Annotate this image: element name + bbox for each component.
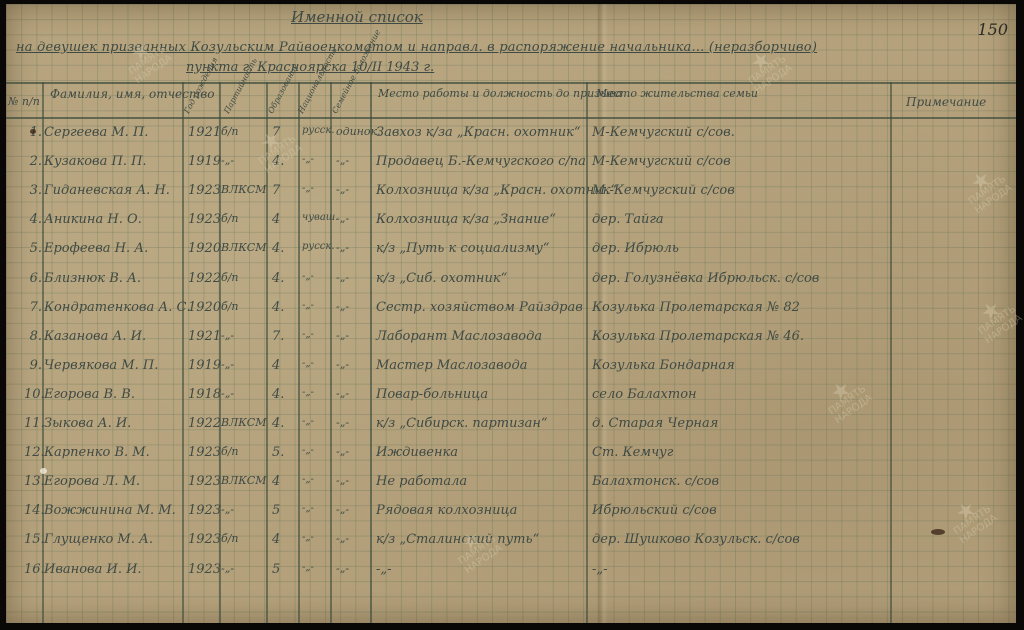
cell-home: д. Старая Черная [592, 416, 718, 431]
cell-name: Аникина Н. О. [44, 212, 142, 227]
cell-edu: 4 [272, 532, 280, 547]
cell-ditto: -„- [336, 387, 349, 400]
cell-num: 9. [24, 358, 42, 373]
cell-num: 5. [24, 241, 42, 256]
cell-num: 12. [24, 445, 42, 460]
cell-name: Близнюк В. А. [44, 271, 141, 286]
cell-nat: русск. [302, 241, 335, 252]
cell-year: 1923 [188, 474, 221, 489]
cell-ditto: -„- [336, 329, 349, 342]
cell-ditto: -„- [336, 154, 349, 167]
table-row: 4.Аникина Н. О.1923б/п4чуваш.-„-Колхозни… [6, 208, 1016, 237]
cell-ditto: -„- [336, 562, 349, 575]
table-row: 8.Казанова А. И.1921-„-7.-„--„-Лаборант … [6, 325, 1016, 354]
cell-year: 1922 [188, 416, 221, 431]
cell-home: Ст. Кемчуг [592, 445, 673, 460]
ink-spot [30, 129, 36, 134]
cell-work: Повар-больница [376, 387, 488, 402]
cell-year: 1923 [188, 532, 221, 547]
header-bottom-rule [6, 117, 1016, 119]
page-number: 150 [977, 20, 1008, 39]
table-row: 7.Кондратенкова А. С.1920б/п4.-„--„-Сест… [6, 296, 1016, 325]
archive-document-sheet: Именной список 150 на девушек призванных… [6, 4, 1016, 623]
cell-party: б/п [221, 271, 239, 284]
cell-party: -„- [221, 503, 234, 516]
document-title: Именной список [291, 8, 423, 26]
cell-ditto: -„- [336, 241, 349, 254]
cell-home: Козулька Бондарная [592, 358, 735, 373]
table-row: 16.Иванова И. И.1923-„-5-„--„--„--„- [6, 558, 1016, 587]
cell-year: 1922 [188, 271, 221, 286]
cell-work: Мастер Маслозавода [376, 358, 528, 373]
cell-ditto: одинок. [336, 125, 381, 138]
cell-num: 13. [24, 474, 42, 489]
cell-num: 7. [24, 300, 42, 315]
cell-edu: 7 [272, 183, 280, 198]
table-row: 13.Егорова Л. М.1923ВЛКСМ4-„--„-Не работ… [6, 470, 1016, 499]
cell-work: Не работала [376, 474, 467, 489]
cell-name: Егорова Л. М. [44, 474, 140, 489]
cell-nat: -„- [302, 300, 314, 311]
cell-ditto: -„- [336, 445, 349, 458]
cell-ditto: -„- [336, 416, 349, 429]
cell-nat: -„- [302, 562, 314, 573]
table-top-rule [6, 82, 1016, 84]
cell-edu: 4 [272, 358, 280, 373]
header-num: № п/п [8, 96, 40, 108]
cell-home: Козулька Пролетарская № 82 [592, 300, 800, 315]
table-row: 3.Гиданевская А. Н.1923ВЛКСМ7-„--„-Колхо… [6, 179, 1016, 208]
table-row: 12.Карпенко В. М.1923б/п5.-„--„-Иждивенк… [6, 441, 1016, 470]
cell-work: к/з „Путь к социализму“ [376, 241, 549, 256]
cell-work: Иждивенка [376, 445, 458, 460]
header-home: Место жительства семьи [596, 88, 776, 100]
cell-num: 11. [24, 416, 42, 431]
cell-nat: -„- [302, 474, 314, 485]
cell-party: б/п [221, 445, 239, 458]
paper-damage [40, 468, 47, 474]
cell-num: 8. [24, 329, 42, 344]
cell-num: 16. [24, 562, 42, 577]
cell-home: Ибрюльский с/сов [592, 503, 717, 518]
cell-work: Сестр. хозяйством Райздрав [376, 300, 583, 315]
cell-nat: -„- [302, 503, 314, 514]
cell-party: ВЛКСМ [221, 474, 266, 487]
cell-nat: -„- [302, 387, 314, 398]
cell-edu: 4. [272, 241, 284, 256]
cell-ditto: -„- [336, 300, 349, 313]
table-row: 9.Червякова М. П.1919-„-4-„--„-Мастер Ма… [6, 354, 1016, 383]
cell-work: Рядовая колхозница [376, 503, 517, 518]
cell-edu: 4 [272, 474, 280, 489]
cell-num: 3. [24, 183, 42, 198]
cell-name: Казанова А. И. [44, 329, 146, 344]
cell-nat: -„- [302, 183, 314, 194]
cell-name: Червякова М. П. [44, 358, 158, 373]
cell-work: Колхозница к/за „Красн. охотник“ [376, 183, 617, 198]
cell-home: село Балахтон [592, 387, 697, 402]
cell-home: дер. Шушково Козульск. с/сов [592, 532, 800, 547]
table-row: 5.Ерофеева Н. А.1920ВЛКСМ4.русск.-„-к/з … [6, 237, 1016, 266]
cell-year: 1923 [188, 212, 221, 227]
cell-ditto: -„- [336, 532, 349, 545]
cell-party: -„- [221, 358, 234, 371]
cell-party: б/п [221, 212, 239, 225]
cell-edu: 5 [272, 562, 280, 577]
cell-nat: -„- [302, 271, 314, 282]
cell-num: 10. [24, 387, 42, 402]
header-work: Место работы и должность до призыва [378, 88, 583, 100]
table-row: 1.Сергеева М. П.1921б/п7русск.одинок.Зав… [6, 121, 1016, 150]
cell-home: дер. Голузнёвка Ибрюльск. с/сов [592, 271, 819, 286]
cell-year: 1923 [188, 562, 221, 577]
cell-edu: 4. [272, 271, 284, 286]
cell-ditto: -„- [336, 503, 349, 516]
cell-nat: русск. [302, 125, 335, 136]
cell-party: -„- [221, 154, 234, 167]
cell-party: -„- [221, 562, 234, 575]
cell-ditto: -„- [336, 271, 349, 284]
table-row: 6.Близнюк В. А.1922б/п4.-„--„-к/з „Сиб. … [6, 267, 1016, 296]
cell-home: дер. Ибрюль [592, 241, 679, 256]
cell-home: М-Кемчугский с/сов [592, 154, 731, 169]
cell-edu: 4. [272, 387, 284, 402]
header-name: Фамилия, имя, отчество [50, 88, 180, 100]
cell-party: ВЛКСМ [221, 241, 266, 254]
cell-party: ВЛКСМ [221, 183, 266, 196]
cell-name: Кондратенкова А. С. [44, 300, 191, 315]
cell-num: 15. [24, 532, 42, 547]
cell-work: Завхоз к/за „Красн. охотник“ [376, 125, 581, 140]
cell-party: б/п [221, 300, 239, 313]
cell-edu: 4. [272, 416, 284, 431]
cell-work: к/з „Сиб. охотник“ [376, 271, 507, 286]
cell-edu: 4 [272, 212, 280, 227]
cell-work: Продавец Б.-Кемчугского с/па [376, 154, 586, 169]
cell-home: М.-Кемчугский с/сов [592, 183, 735, 198]
cell-work: -„- [376, 562, 392, 577]
table-row: 15.Глущенко М. А.1923б/п4-„--„-к/з „Стал… [6, 528, 1016, 557]
cell-year: 1919 [188, 358, 221, 373]
cell-name: Гиданевская А. Н. [44, 183, 170, 198]
cell-ditto: -„- [336, 183, 349, 196]
cell-num: 6. [24, 271, 42, 286]
cell-home: дер. Тайга [592, 212, 664, 227]
cell-name: Кузакова П. П. [44, 154, 147, 169]
cell-party: б/п [221, 125, 239, 138]
cell-party: -„- [221, 329, 234, 342]
cell-party: б/п [221, 532, 239, 545]
table-row: 14.Вожжинина М. М.1923-„-5-„--„-Рядовая … [6, 499, 1016, 528]
cell-name: Глущенко М. А. [44, 532, 153, 547]
cell-work: Колхозница к/за „Знание“ [376, 212, 556, 227]
cell-nat: чуваш. [302, 212, 338, 223]
document-subtitle-line2: пункта г. Красноярска 10/II 1943 г. [186, 60, 434, 75]
cell-nat: -„- [302, 532, 314, 543]
cell-name: Карпенко В. М. [44, 445, 150, 460]
cell-ditto: -„- [336, 212, 349, 225]
cell-home: -„- [592, 562, 608, 577]
cell-nat: -„- [302, 329, 314, 340]
cell-name: Сергеева М. П. [44, 125, 148, 140]
cell-year: 1923 [188, 183, 221, 198]
cell-name: Иванова И. И. [44, 562, 142, 577]
cell-num: 14. [24, 503, 42, 518]
cell-party: ВЛКСМ [221, 416, 266, 429]
cell-nat: -„- [302, 154, 314, 165]
cell-edu: 7. [272, 329, 284, 344]
cell-edu: 5 [272, 503, 280, 518]
cell-year: 1923 [188, 445, 221, 460]
table-row: 11.Зыкова А. И.1922ВЛКСМ4.-„--„-к/з „Сиб… [6, 412, 1016, 441]
cell-year: 1921 [188, 125, 221, 140]
cell-num: 4. [24, 212, 42, 227]
cell-home: Балахтонск. с/сов [592, 474, 719, 489]
table-row: 2.Кузакова П. П.1919-„-4.-„--„-Продавец … [6, 150, 1016, 179]
cell-work: к/з „Сибирск. партизан“ [376, 416, 548, 431]
cell-name: Егорова В. В. [44, 387, 135, 402]
cell-nat: -„- [302, 416, 314, 427]
cell-ditto: -„- [336, 358, 349, 371]
ink-stain [931, 529, 945, 535]
cell-name: Зыкова А. И. [44, 416, 131, 431]
cell-home: М-Кемчугский с/сов. [592, 125, 735, 140]
cell-year: 1920 [188, 241, 221, 256]
cell-num: 2. [24, 154, 42, 169]
cell-year: 1920 [188, 300, 221, 315]
cell-year: 1921 [188, 329, 221, 344]
cell-name: Ерофеева Н. А. [44, 241, 148, 256]
cell-party: -„- [221, 387, 234, 400]
cell-edu: 5. [272, 445, 284, 460]
cell-year: 1919 [188, 154, 221, 169]
cell-work: Лаборант Маслозавода [376, 329, 542, 344]
cell-nat: -„- [302, 358, 314, 369]
header-note: Примечание [906, 96, 986, 108]
cell-home: Козулька Пролетарская № 46. [592, 329, 804, 344]
cell-year: 1923 [188, 503, 221, 518]
cell-ditto: -„- [336, 474, 349, 487]
cell-year: 1918 [188, 387, 221, 402]
cell-nat: -„- [302, 445, 314, 456]
cell-name: Вожжинина М. М. [44, 503, 176, 518]
cell-edu: 4. [272, 300, 284, 315]
